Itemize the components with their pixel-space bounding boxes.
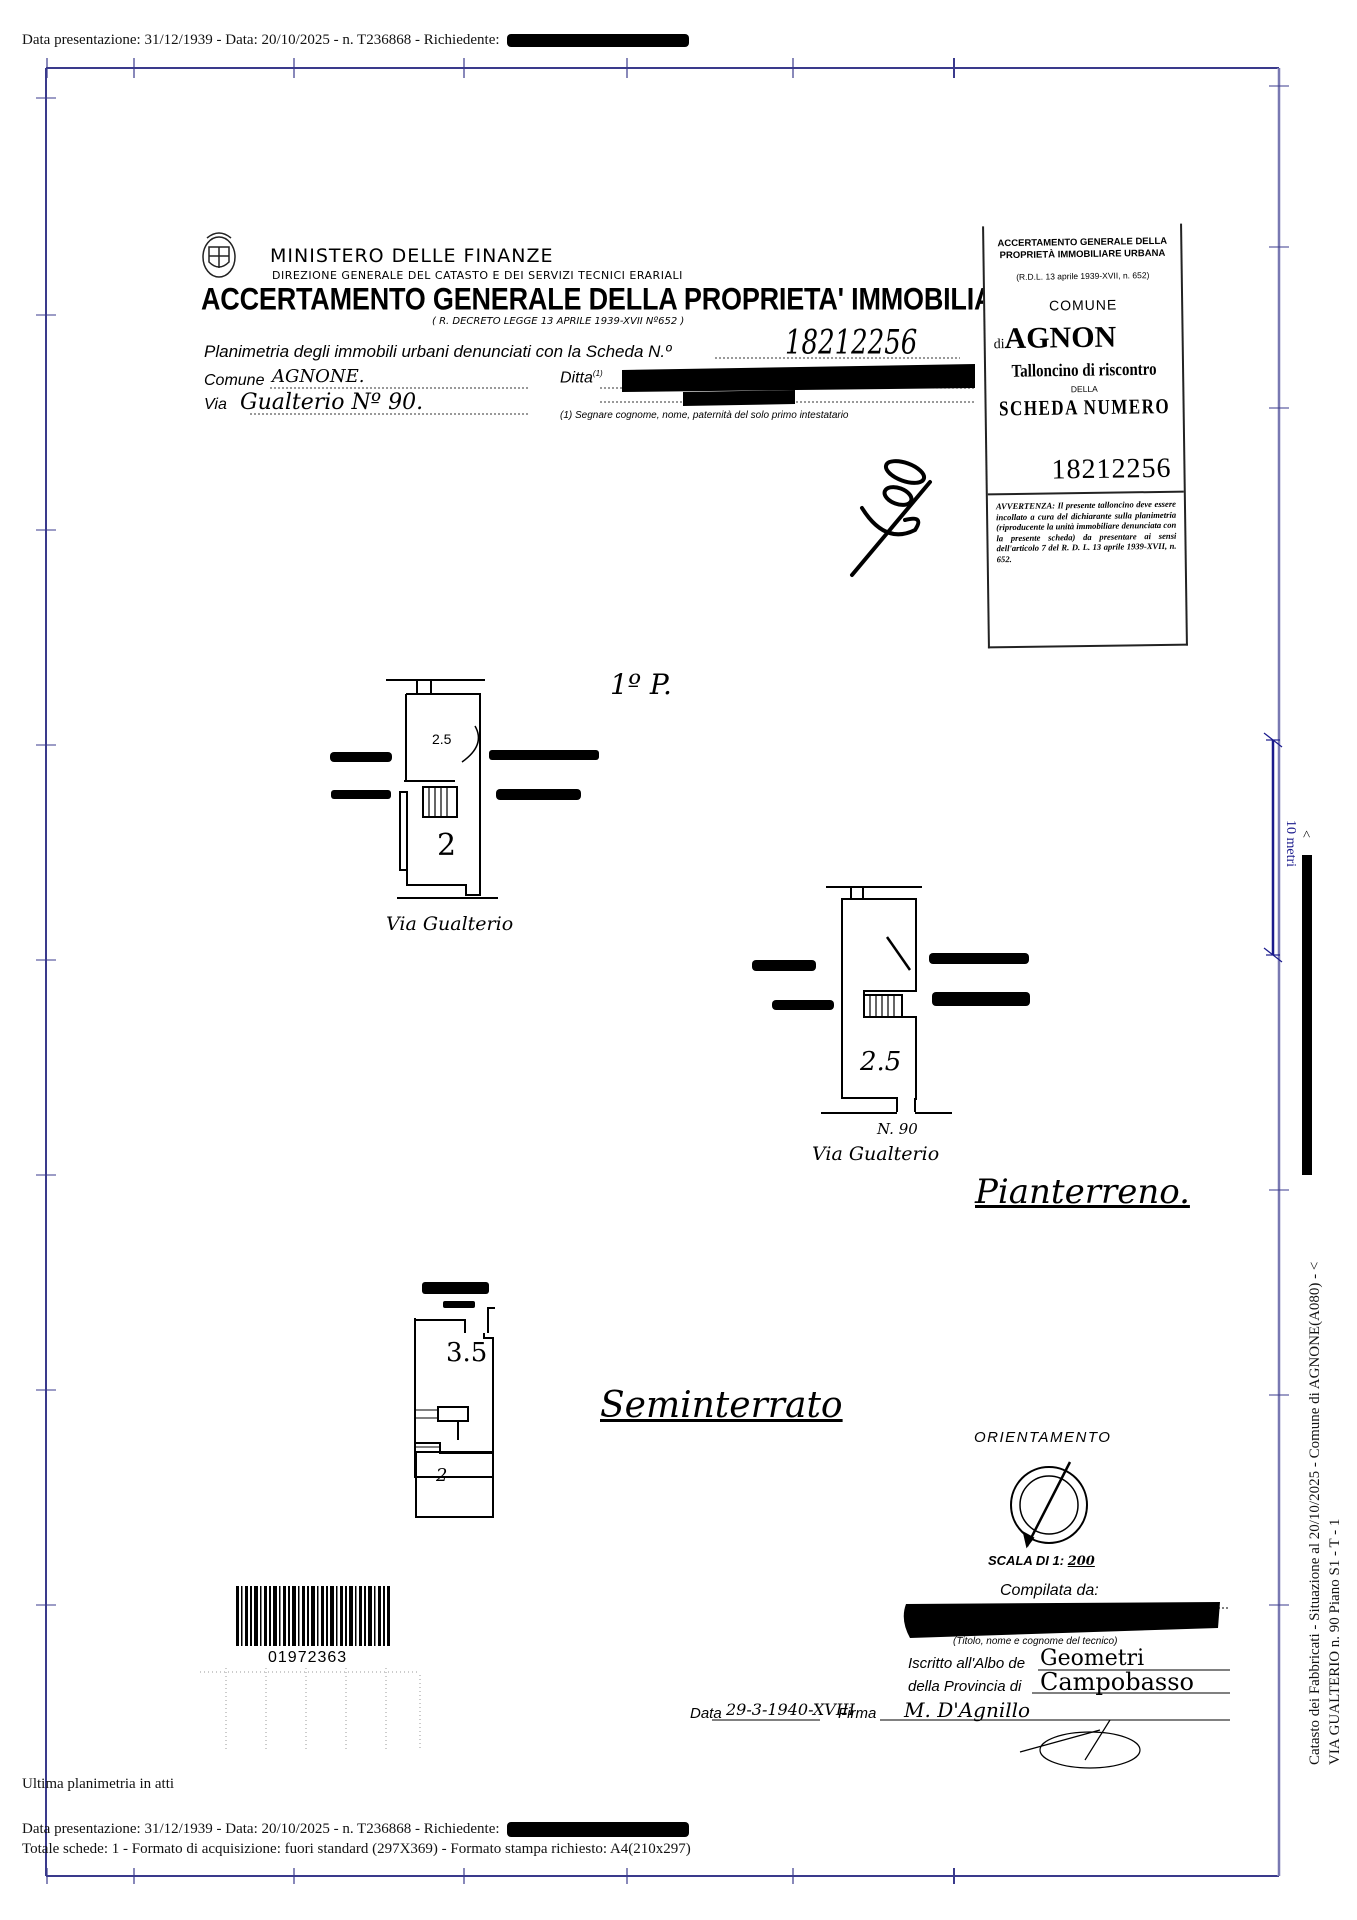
ditta-note-marker: (1): [593, 369, 603, 378]
via-value: Gualterio Nº 90.: [240, 390, 423, 415]
signature-value: M. D'Agnillo: [904, 1698, 1030, 1722]
footer-ultima-planimetria: Ultima planimetria in atti: [22, 1776, 174, 1793]
side-info-line-2: VIA GUALTERIO n. 90 Piano S1 - T - 1: [1327, 1519, 1344, 1765]
talloncino-comune-name: diAGNON: [985, 320, 1181, 357]
footer-info-text: Data presentazione: 31/12/1939 - Data: 2…: [22, 1821, 500, 1837]
ground-floor-civic-number: N. 90: [877, 1120, 918, 1138]
ground-floor-title: Pianterreno.: [975, 1172, 1190, 1212]
footer-info-line-1: Data presentazione: 31/12/1939 - Data: 2…: [22, 1821, 689, 1838]
ground-floor-street: Via Gualterio: [812, 1143, 939, 1165]
basement-title: Seminterrato: [600, 1385, 843, 1426]
date-value: 29-3-1940-XVIII: [726, 1700, 855, 1719]
ditta-label: Ditta(1): [560, 369, 603, 387]
talloncino-scheda-label: SCHEDA NUMERO: [986, 394, 1182, 422]
barcode-number: 01972363: [268, 1649, 347, 1667]
scale-value: 200: [1068, 1554, 1095, 1569]
orientation-label: ORIENTAMENTO: [974, 1429, 1111, 1446]
directorate-name: DIREZIONE GENERALE DEL CATASTO E DEI SER…: [272, 269, 683, 282]
talloncino-comune-label: COMUNE: [985, 296, 1181, 315]
ditta-footnote: (1) Segnare cognome, nome, paternità del…: [560, 410, 849, 421]
side-info-line-1: Catasto dei Fabbricati - Situazione al 2…: [1307, 1262, 1324, 1765]
comune-value: AGNONE.: [272, 366, 365, 387]
first-floor-title: 1º P.: [610, 668, 672, 701]
talloncino-della: DELLA: [986, 383, 1182, 396]
talloncino-heading: ACCERTAMENTO GENERALE DELLA PROPRIETÀ IM…: [984, 236, 1180, 263]
ministry-name: MINISTERO DELLE FINANZE: [270, 245, 554, 267]
ditta-label-text: Ditta: [560, 369, 593, 386]
scheda-number-handwritten: 18212256: [785, 324, 917, 363]
basement-room-label-2: 2: [436, 1465, 447, 1486]
first-floor-street: Via Gualterio: [386, 913, 513, 935]
provincia-value: Campobasso: [1040, 1668, 1194, 1696]
signature-label: Firma: [838, 1705, 876, 1722]
talloncino-law: (R.D.L. 13 aprile 1939-XVII, n. 652): [985, 270, 1181, 283]
comune-label: Comune: [204, 372, 264, 390]
talloncino-comune-text: AGNON: [1004, 321, 1116, 356]
date-label: Data: [690, 1705, 722, 1722]
talloncino-di: di: [994, 337, 1005, 352]
first-floor-room-label-2: 2: [437, 828, 456, 863]
first-floor-room-label-1: 2.5: [432, 731, 451, 747]
ground-floor-room-label-2: 2.5: [860, 1047, 901, 1077]
scale-label-text: SCALA DI 1:: [988, 1553, 1064, 1568]
footer-redacted-requester: [507, 1822, 689, 1837]
talloncino-card: ACCERTAMENTO GENERALE DELLA PROPRIETÀ IM…: [982, 224, 1188, 649]
via-label: Via: [204, 396, 227, 414]
scale-bar-label: 10 metri: [1282, 820, 1298, 867]
talloncino-warning: AVVERTENZA: Il presente talloncino deve …: [988, 491, 1185, 569]
compiled-by-label: Compilata da:: [1000, 1582, 1099, 1600]
footer-info-line-2: Totale schede: 1 - Formato di acquisizio…: [22, 1841, 691, 1858]
side-redaction: [1302, 855, 1312, 1175]
albo-label: Iscritto all'Albo de: [908, 1655, 1025, 1672]
scale-label: SCALA DI 1: 200: [988, 1553, 1095, 1569]
provincia-label: della Provincia di: [908, 1678, 1021, 1695]
svg-text:<: <: [1298, 830, 1313, 838]
planimetria-label: Planimetria degli immobili urbani denunc…: [204, 342, 671, 362]
basement-room-label-1: 3.5: [446, 1338, 487, 1368]
decree-reference: ( R. DECRETO LEGGE 13 APRILE 1939-XVII N…: [432, 316, 684, 327]
talloncino-subtitle: Talloncino di riscontro: [986, 360, 1182, 383]
talloncino-scheda-number: 18212256: [987, 453, 1183, 488]
